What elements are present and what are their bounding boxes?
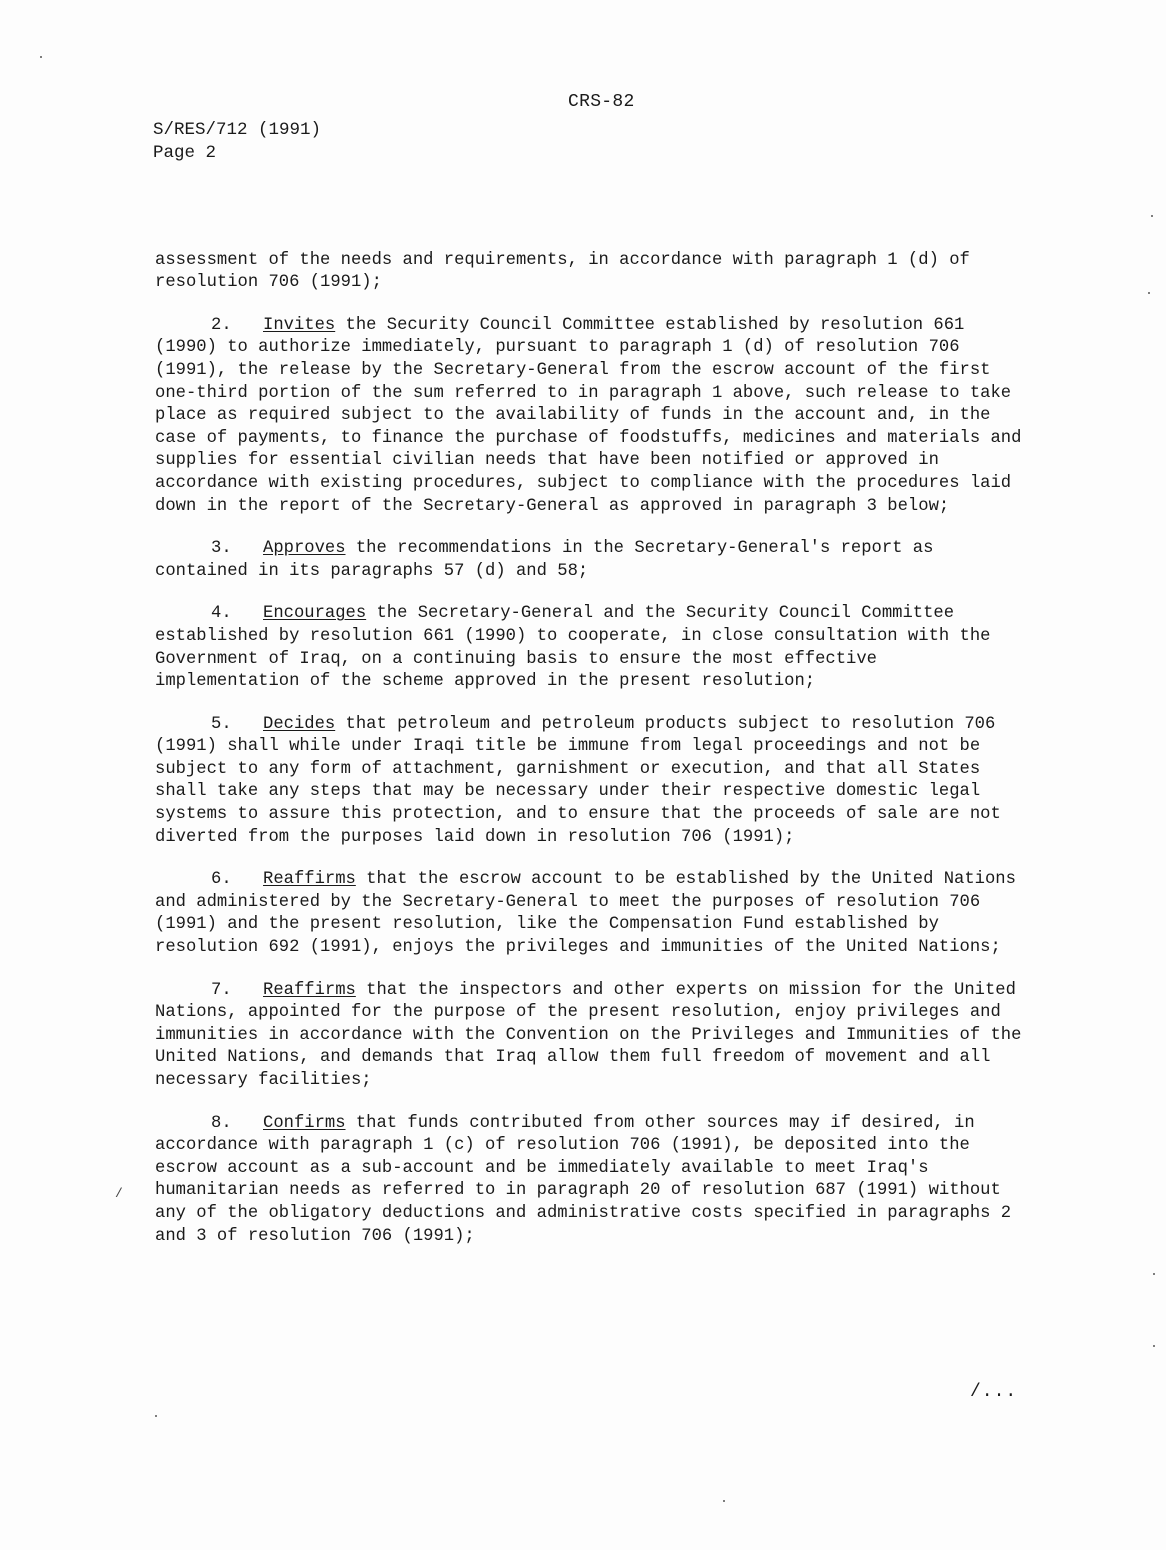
scan-speck <box>723 1500 725 1502</box>
paragraph-text: that petroleum and petroleum products su… <box>155 715 1001 847</box>
paragraph-number: 8. <box>211 1113 263 1136</box>
paragraph-text: that funds contributed from other source… <box>155 1114 1011 1246</box>
paragraph-2: 2.Invites the Security Council Committee… <box>155 315 1025 518</box>
scan-speck <box>1148 292 1150 294</box>
scan-speck <box>155 1415 157 1417</box>
paragraph-text: assessment of the needs and requirements… <box>155 251 970 293</box>
operative-verb: Decides <box>263 715 335 734</box>
scan-speck <box>1153 1273 1155 1275</box>
paragraph-8: 8.Confirms that funds contributed from o… <box>155 1113 1025 1249</box>
operative-verb: Confirms <box>263 1114 346 1133</box>
crs-reference: CRS-82 <box>568 92 635 112</box>
paragraph-number: 5. <box>211 714 263 737</box>
paragraph-4: 4.Encourages the Secretary-General and t… <box>155 603 1025 693</box>
operative-verb: Reaffirms <box>263 981 356 1000</box>
operative-verb: Reaffirms <box>263 870 356 889</box>
paragraph-continuation: assessment of the needs and requirements… <box>155 227 1025 295</box>
resolution-body: assessment of the needs and requirements… <box>155 227 1025 1268</box>
operative-verb: Invites <box>263 316 335 335</box>
paragraph-6: 6.Reaffirms that the escrow account to b… <box>155 869 1025 959</box>
scan-speck <box>1151 215 1153 217</box>
scan-mark: / <box>115 1186 123 1201</box>
paragraph-3: 3.Approves the recommendations in the Se… <box>155 538 1025 583</box>
paragraph-number: 4. <box>211 603 263 626</box>
paragraph-number: 7. <box>211 980 263 1003</box>
paragraph-number: 2. <box>211 315 263 338</box>
paragraph-number: 3. <box>211 538 263 561</box>
operative-verb: Encourages <box>263 604 366 623</box>
scan-speck <box>40 56 42 58</box>
operative-verb: Approves <box>263 539 346 558</box>
document-symbol: S/RES/712 (1991) <box>153 120 321 140</box>
paragraph-5: 5.Decides that petroleum and petroleum p… <box>155 714 1025 850</box>
paragraph-text: the Security Council Committee establish… <box>155 316 1021 516</box>
scan-speck <box>1153 1345 1155 1347</box>
page-number: Page 2 <box>153 143 216 163</box>
paragraph-7: 7.Reaffirms that the inspectors and othe… <box>155 980 1025 1093</box>
continuation-mark: /... <box>970 1382 1017 1402</box>
document-page: CRS-82 S/RES/712 (1991) Page 2 assessmen… <box>0 0 1166 1550</box>
paragraph-number: 6. <box>211 869 263 892</box>
